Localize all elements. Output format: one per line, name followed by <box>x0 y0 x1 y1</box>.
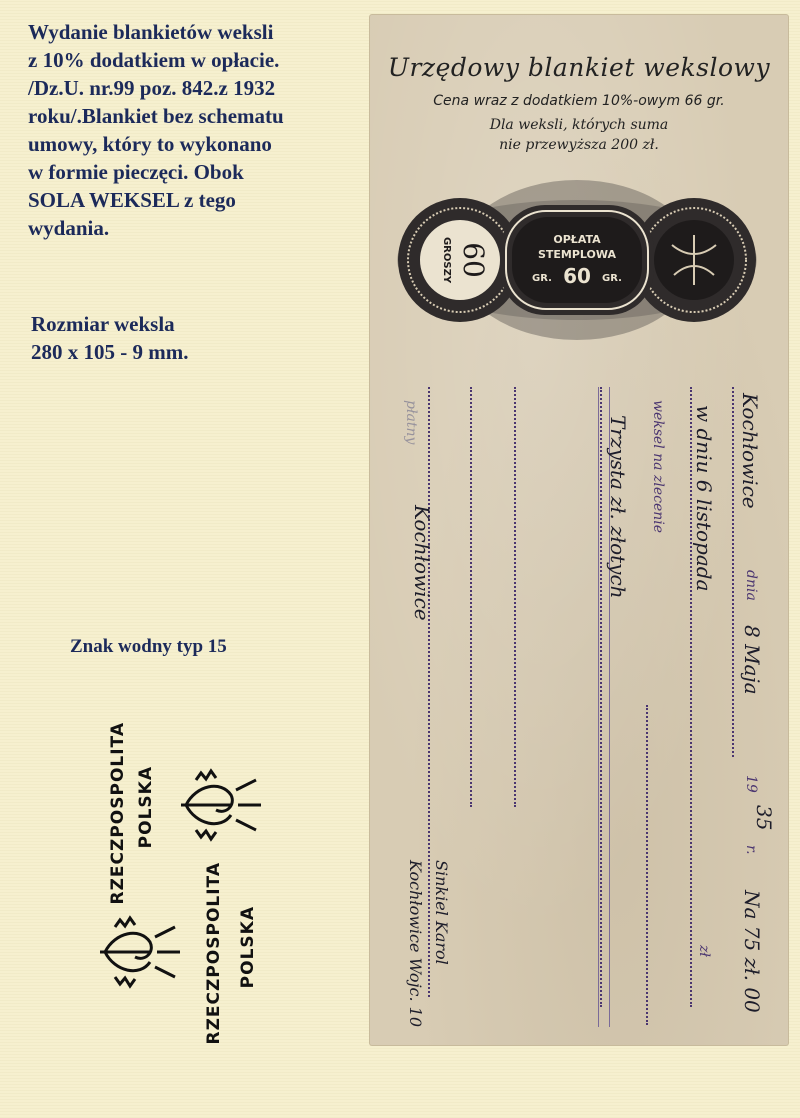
stamp-center-value: 60 <box>563 264 591 288</box>
printed-payable-label: płatny <box>403 400 419 444</box>
bill-limit-line1: Dla weksli, których suma <box>370 117 788 133</box>
stamp-center-prefix: GR. <box>532 273 552 284</box>
dotted-line <box>514 387 518 807</box>
description-line: umowy, który to wykonano <box>28 130 368 158</box>
bill-of-exchange: Urzędowy blankiet wekslowy Cena wraz z d… <box>370 15 788 1045</box>
handwritten-amount-words: Trzysta zł. złotych <box>606 415 630 599</box>
drawer-address: Kochłowice Wojc. 10 <box>406 860 425 1027</box>
eagle-icon <box>176 765 266 845</box>
printed-sum-label: zł <box>696 945 712 957</box>
stamp-center-line1: OPŁATA <box>553 233 601 246</box>
handwritten-amount: Na 75 zł. 00 <box>740 890 764 1013</box>
printed-year-suffix: r. <box>743 845 759 855</box>
size-label: Rozmiar weksla <box>31 310 188 338</box>
stamp-left-unit: GROSZY <box>441 237 452 284</box>
watermark-text-2: POLSKA <box>136 766 156 848</box>
description-line: Wydanie blankietów weksli <box>28 18 368 46</box>
dotted-line <box>732 387 736 757</box>
handwritten-place: Kochłowice <box>738 393 762 509</box>
description-line: /Dz.U. nr.99 poz. 842.z 1932 <box>28 74 368 102</box>
description-line: wydania. <box>28 214 368 242</box>
description-line: SOLA WEKSEL z tego <box>28 186 368 214</box>
stamp-duty-seal: OPŁATA STEMPLOWA GR. 60 GR. 60 GROSZY <box>392 175 762 345</box>
description-line: roku/.Blankiet bez schematu <box>28 102 368 130</box>
watermark-text-1: RZECZPOSPOLITA <box>108 722 128 905</box>
handwritten-year: 35 <box>752 805 776 830</box>
bill-size-info: Rozmiar weksla 280 x 105 - 9 mm. <box>31 310 188 366</box>
description-line: w formie pieczęci. Obok <box>28 158 368 186</box>
printed-year-prefix: 19 <box>743 775 759 793</box>
watermark-line2: POLSKA <box>238 906 258 988</box>
watermark-line2: POLSKA <box>136 766 156 848</box>
dotted-line <box>470 387 474 807</box>
eagle-icon <box>95 912 185 992</box>
dotted-line <box>646 705 650 1025</box>
size-value: 280 x 105 - 9 mm. <box>31 338 188 366</box>
watermark-line1: RZECZPOSPOLITA <box>204 862 224 1045</box>
bill-price: Cena wraz z dodatkiem 10%-owym 66 gr. <box>370 93 788 109</box>
printed-order-label: weksel na zlecenie <box>650 400 666 533</box>
stamp-left-value: 60 <box>457 242 490 278</box>
bill-title: Urzędowy blankiet wekslowy <box>370 53 788 82</box>
watermark-text-3: RZECZPOSPOLITA <box>204 862 224 1045</box>
bill-limit-line2: nie przewyższa 200 zł. <box>370 137 788 153</box>
watermark-text-4: POLSKA <box>238 906 258 988</box>
drawer-name: Sinkiel Karol <box>432 860 451 965</box>
handwritten-due-date: w dniu 6 listopada <box>692 405 716 591</box>
handwritten-date: 8 Maja <box>740 625 764 695</box>
watermark-title: Znak wodny typ 15 <box>70 636 227 658</box>
stamp-center-suffix: GR. <box>602 273 622 284</box>
description-line: z 10% dodatkiem w opłacie. <box>28 46 368 74</box>
handwritten-payee: Kochłowice <box>410 505 434 621</box>
description-text: Wydanie blankietów weksli z 10% dodatkie… <box>28 18 368 242</box>
printed-day-label: dnia <box>743 570 759 601</box>
stamp-center-line2: STEMPLOWA <box>538 248 617 261</box>
watermark-line1: RZECZPOSPOLITA <box>108 722 128 905</box>
